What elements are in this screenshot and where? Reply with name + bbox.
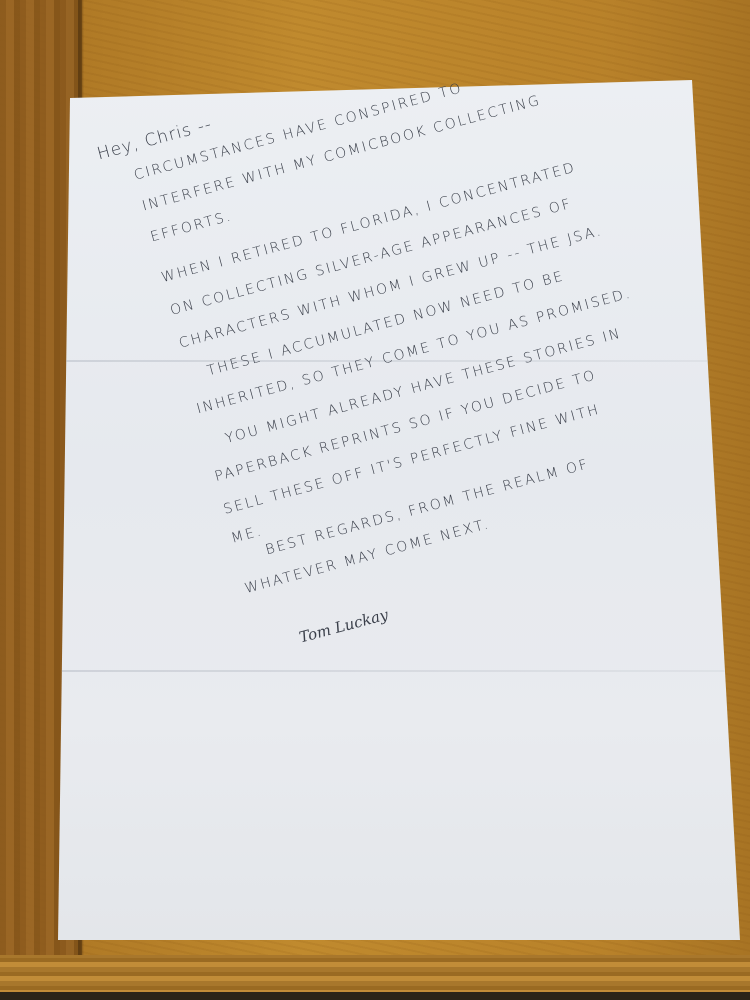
fold-crease-lower: [50, 670, 750, 672]
table-edge: [0, 955, 750, 1000]
